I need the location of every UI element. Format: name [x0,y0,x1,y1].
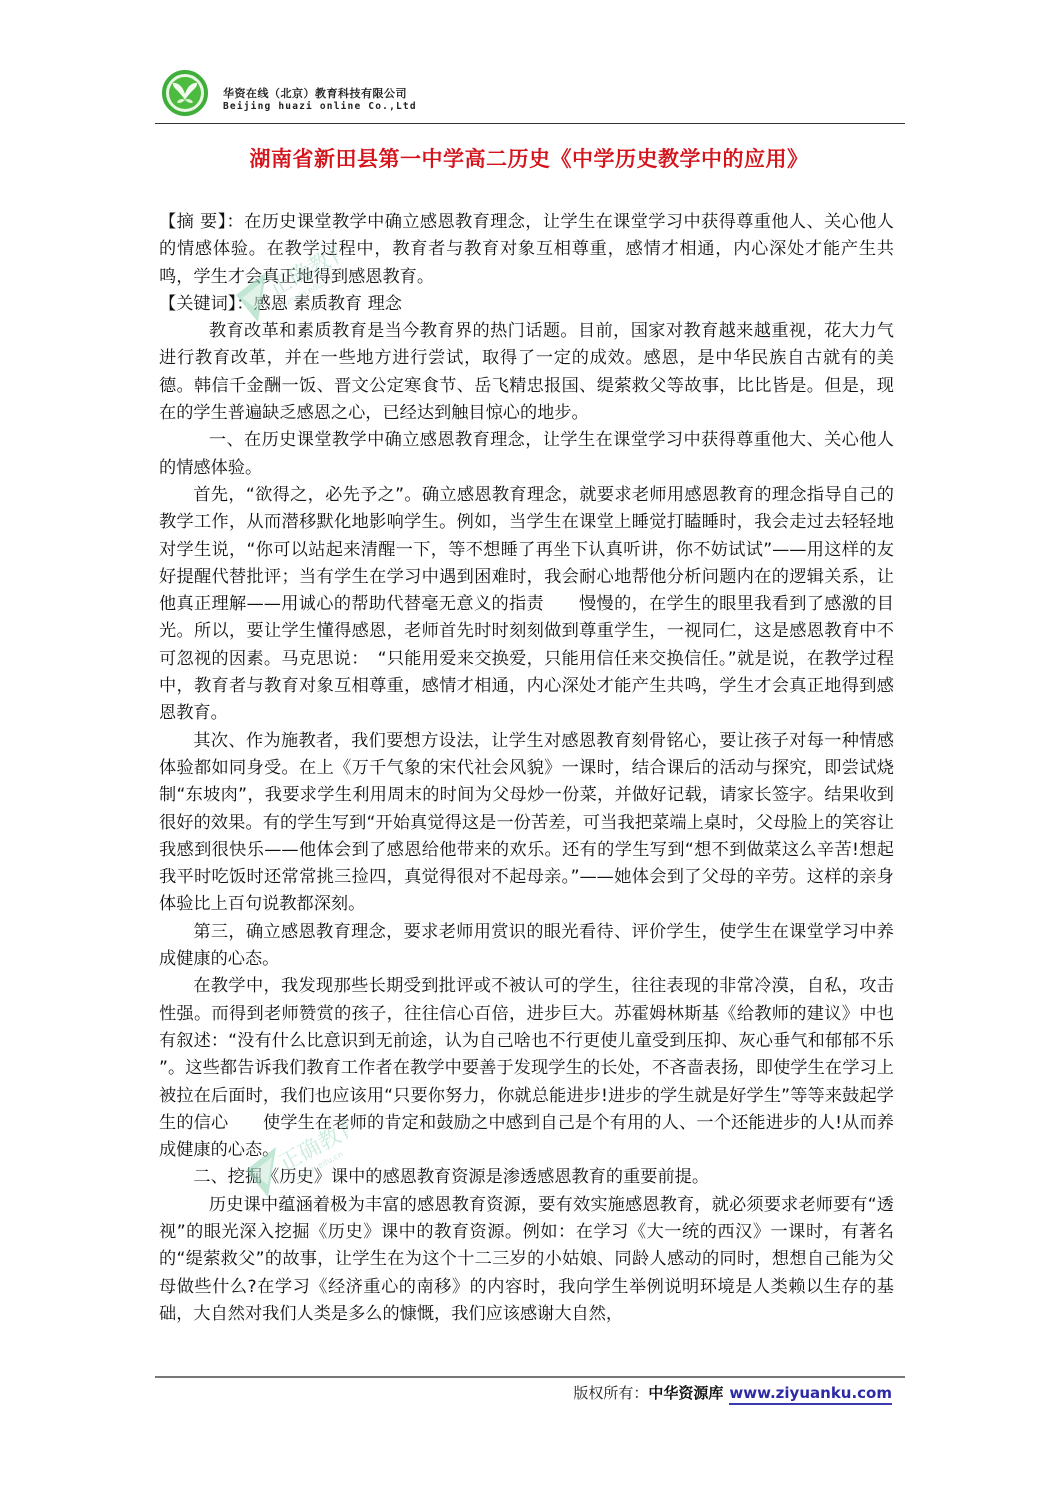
section-heading-2: 二、挖掘《历史》课中的感恩教育资源是渗透感恩教育的重要前提。 [159,1164,894,1191]
paragraph-second: 其次、作为施教者，我们要想方设法，让学生对感恩教育刻骨铭心，要让孩子对每一种情感… [159,728,894,919]
footer-brand: 中华资源库 [648,1384,723,1402]
abstract: 【摘 要】：在历史课堂教学中确立感恩教育理念，让学生在课堂学习中获得尊重他人、关… [159,209,894,291]
paragraph-teaching: 在教学中，我发现那些长期受到批评或不被认可的学生，往往表现的非常冷漠，自私，攻击… [159,973,894,1164]
abstract-text: 在历史课堂教学中确立感恩教育理念，让学生在课堂学习中获得尊重他人、关心他人的情感… [159,212,894,287]
paragraph-first: 首先，“欲得之，必先予之”。确立感恩教育理念，就要求老师用感恩教育的理念指导自己… [159,482,894,728]
footer-site-link[interactable]: www.ziyuanku.com [729,1384,892,1405]
paragraph-intro: 教育改革和素质教育是当今教育界的热门话题。目前，国家对教育越来越重视，花大力气进… [159,318,894,427]
document-title: 湖南省新田县第一中学高二历史《中学历史教学中的应用》 [0,143,1058,173]
copyright-label: 版权所有： [573,1384,648,1402]
page-footer: 版权所有：中华资源库www.ziyuanku.com [573,1382,892,1403]
paragraph-third: 第三，确立感恩教育理念，要求老师用赏识的眼光看待、评价学生，使学生在课堂学习中养… [159,919,894,974]
paragraph-resources: 历史课中蕴涵着极为丰富的感恩教育资源，要有效实施感恩教育，就必须要求老师要有“透… [159,1192,894,1328]
abstract-label: 【摘 要】： [159,212,244,232]
footer-divider [155,1376,905,1378]
keywords-text: 感恩 素质教育 理念 [254,294,402,314]
company-name-cn: 华资在线（北京）教育科技有限公司 [223,85,407,101]
keywords: 【关键词】：感恩 素质教育 理念 [159,291,894,318]
company-name-en: Beijing huazi online Co.,Ltd [223,101,417,112]
page-header: 华资在线（北京）教育科技有限公司 Beijing huazi online Co… [160,68,905,123]
butterfly-leaf-logo-icon [162,70,208,116]
keywords-label: 【关键词】： [159,294,254,314]
header-divider [155,123,905,124]
document-body: 【摘 要】：在历史课堂教学中确立感恩教育理念，让学生在课堂学习中获得尊重他人、关… [159,209,894,1328]
section-heading-1: 一、在历史课堂教学中确立感恩教育理念，让学生在课堂学习中获得尊重他大、关心他人的… [159,427,894,482]
